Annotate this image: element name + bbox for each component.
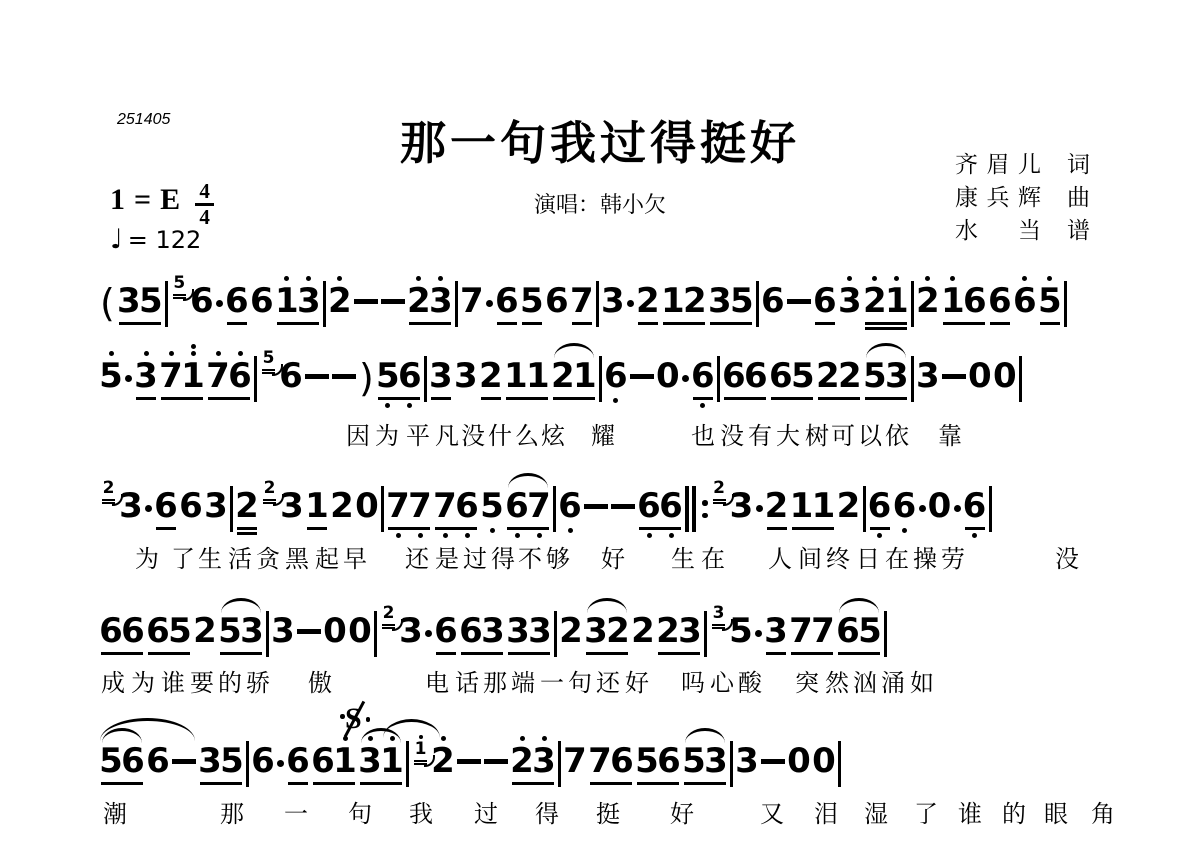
note: 6	[280, 343, 302, 408]
upper-dot-row	[837, 598, 881, 613]
note-digit: 6	[545, 283, 569, 320]
digit-cell: 6	[122, 743, 144, 780]
note-group: 66	[100, 598, 144, 668]
note: 3	[135, 343, 157, 413]
note-digit: 1	[275, 283, 299, 320]
lower-dot-row	[287, 785, 309, 798]
note-digit: 7	[408, 488, 432, 525]
lyric-syllable: 么	[515, 422, 539, 452]
digit-row: 0	[929, 488, 951, 525]
digit-cell: 1	[505, 358, 527, 395]
lyric-syllable: 还	[405, 545, 429, 575]
digit-cell: 3	[602, 283, 624, 320]
octave-dots	[465, 533, 470, 540]
note-digit: 2	[328, 283, 352, 320]
tempo-value: = 122	[128, 224, 202, 256]
note-digit: 6	[146, 613, 170, 650]
digit-row: 65	[770, 358, 814, 395]
lyric-syllable: 在	[701, 545, 725, 575]
note-digit: 5	[218, 613, 242, 650]
repeat-bar	[692, 486, 696, 532]
digit-cell: 1	[791, 488, 813, 525]
octave-dot	[902, 528, 907, 533]
note: 6	[287, 728, 309, 798]
digit-cell: 5	[1039, 283, 1061, 320]
note-group: 23	[408, 268, 452, 338]
note: 5	[100, 343, 122, 408]
digit-cell: 6	[435, 613, 457, 650]
note-digit: 6	[836, 613, 860, 650]
lower-dot-row	[434, 530, 478, 543]
digit-cell: 1	[182, 358, 204, 395]
note-digit: 3	[735, 743, 759, 780]
lower-dot-row	[147, 780, 169, 793]
digit-row: 77	[790, 613, 834, 650]
digit-cell: 5	[377, 358, 399, 395]
digit-cell: 1	[813, 488, 835, 525]
grace-note: 2	[380, 605, 397, 629]
digit-row: 35	[118, 283, 162, 320]
note-digit: 6	[279, 358, 303, 395]
lower-dot-row	[814, 325, 836, 338]
octave-dot	[877, 533, 882, 538]
credit-role: 词	[1067, 150, 1090, 180]
note-digit: 6	[659, 488, 683, 525]
lower-dot-row	[605, 395, 627, 408]
digit-cell: 6	[546, 283, 568, 320]
lyric-syllable: 终	[826, 545, 850, 575]
note-digit: 3	[240, 613, 264, 650]
note: 3	[205, 473, 227, 538]
lower-dot-row	[723, 400, 767, 413]
digit-cell: 6	[506, 488, 528, 525]
barline	[884, 611, 887, 657]
octave-dot	[568, 528, 573, 533]
grace-note: 3	[710, 605, 727, 629]
digit-cell: 6	[229, 358, 251, 395]
barline	[406, 741, 409, 787]
digit-cell: 0	[324, 613, 346, 650]
digit-cell: 6	[180, 488, 202, 525]
digit-cell: 1	[334, 743, 356, 780]
barline	[266, 611, 269, 657]
note: 3	[430, 343, 452, 413]
note-digit: 6	[121, 613, 145, 650]
lower-dot-row	[817, 400, 861, 413]
note-digit: 1	[790, 488, 814, 525]
note-digit: 5	[730, 283, 754, 320]
note-group: 21	[864, 268, 908, 343]
sheet-music-page: 251405 那一句我过得挺好 演唱：韩小欠 齐眉儿 词 康兵辉 曲 水当 谱 …	[0, 0, 1200, 850]
lower-dot-row	[559, 525, 581, 538]
note-group: 66	[638, 473, 682, 543]
octave-dot	[537, 533, 542, 538]
octave-dots	[443, 533, 448, 540]
lower-dot-row	[226, 325, 248, 338]
lower-dot-cell	[605, 398, 627, 405]
lyric-syllable: 早	[343, 545, 367, 575]
note: 5	[1039, 268, 1061, 338]
digit-cell: 2	[684, 283, 706, 320]
note-digit: 5	[1038, 283, 1062, 320]
digit-cell: 7	[160, 358, 182, 395]
lyric-syllable: 突	[795, 669, 819, 699]
digit-cell: 1	[886, 283, 908, 320]
digit-cell: 6	[964, 488, 986, 525]
note: 2	[236, 473, 258, 548]
note-digit: 2	[606, 613, 630, 650]
lower-dot-row	[331, 525, 353, 538]
note-digit: 3	[429, 283, 453, 320]
octave-dot	[396, 533, 401, 538]
lyric-syllable: 过	[463, 545, 487, 575]
digit-cell: 5	[730, 613, 752, 650]
digit-row: 7	[571, 283, 593, 320]
lower-dot-row	[942, 325, 986, 338]
lower-dot-row	[1039, 325, 1061, 338]
lyric-syllable: 因	[346, 422, 370, 452]
segno-dot	[340, 714, 345, 719]
octave-dot	[465, 533, 470, 538]
note-digit: 2	[330, 488, 354, 525]
digit-cell: 3	[679, 613, 701, 650]
digit-row: 1	[306, 488, 328, 525]
digit-cell: 6	[745, 358, 767, 395]
note-digit: 2	[863, 283, 887, 320]
lower-dot-row	[207, 400, 251, 413]
digit-row: 5	[1039, 283, 1061, 320]
note-group: 21	[552, 343, 596, 413]
digit-cell: 2	[839, 358, 861, 395]
octave-dots	[515, 533, 520, 540]
digit-row: 23	[408, 283, 452, 320]
digit-cell: 2	[917, 283, 939, 320]
digit-row: 6	[989, 283, 1011, 320]
digit-row: 5	[100, 358, 122, 395]
note-digit: 6	[637, 488, 661, 525]
note-digit: 1	[573, 358, 597, 395]
digit-cell: 6	[1014, 283, 1036, 320]
note-digit: 2	[683, 283, 707, 320]
note-group: 65	[770, 343, 814, 413]
digit-cell: 6	[692, 358, 714, 395]
digit-cell: 2	[864, 283, 886, 320]
digit-cell: 2	[766, 488, 788, 525]
lyrics-line-2: 为了生活贪黑起早还是过得不够好生在人间终日在操劳没	[0, 545, 1200, 577]
note-digit: 3	[764, 613, 788, 650]
digit-cell: 3	[917, 358, 939, 395]
note-group: 12	[662, 268, 706, 338]
note: 1	[306, 473, 328, 543]
digit-row: 7	[461, 283, 483, 320]
digit-row: 0	[356, 488, 378, 525]
note-group: 35	[199, 728, 243, 798]
score-line-1: (355666132237656732123566321216665	[100, 268, 1110, 343]
tempo-marking: ♩ = 122	[110, 224, 201, 256]
digit-row: 23	[511, 743, 555, 780]
credit-name: 康兵辉	[955, 183, 1041, 213]
lower-dot-row	[683, 785, 727, 798]
lower-dot-row	[571, 325, 593, 338]
digit-row: 6	[559, 488, 581, 525]
lower-dot-cell	[559, 528, 581, 535]
note-digit: 6	[495, 283, 519, 320]
digit-cell: 7	[528, 488, 550, 525]
digit-row: 2	[480, 358, 502, 395]
note-digit: 5	[858, 613, 882, 650]
note: 0	[356, 473, 378, 538]
note: 2	[480, 343, 502, 413]
note-digit: 7	[527, 488, 551, 525]
note: 6	[964, 473, 986, 543]
digit-row: 76	[589, 743, 633, 780]
note: 0	[994, 343, 1016, 408]
lyric-syllable: 可	[831, 422, 855, 452]
lower-dot-row	[219, 655, 263, 668]
lower-dot-cell	[506, 533, 528, 540]
lower-dot-row	[199, 785, 243, 798]
note: 3	[400, 598, 422, 663]
digit-cell: 6	[155, 488, 177, 525]
score-line-2: 53717656)56332112160666652253300	[100, 343, 1110, 413]
lower-dot-row	[147, 655, 191, 668]
note: 3	[731, 473, 753, 538]
note: 0	[324, 598, 346, 663]
augmentation-dot	[919, 505, 926, 512]
lyric-syllable: 也	[691, 422, 715, 452]
note: 0	[813, 728, 835, 793]
barline	[730, 741, 733, 787]
duration-dash	[787, 299, 811, 304]
note-digit: 2	[559, 613, 583, 650]
digit-row: 6	[869, 488, 891, 525]
barline	[230, 486, 233, 532]
note-digit: 6	[744, 358, 768, 395]
lower-dot-row	[281, 525, 303, 538]
lower-dot-row	[480, 400, 502, 413]
digit-row: 11	[791, 488, 835, 525]
grace-note: 5	[171, 275, 188, 299]
digit-cell: 3	[736, 743, 758, 780]
digit-row: 63	[460, 613, 504, 650]
note-digit: 2	[636, 283, 660, 320]
note: 0	[657, 343, 679, 408]
digit-row: 3	[455, 358, 477, 395]
note-group: 56	[636, 728, 680, 798]
digit-cell: 6	[658, 743, 680, 780]
duration-dash	[381, 299, 405, 304]
lower-dot-row	[252, 780, 274, 793]
digit-cell: 2	[194, 613, 216, 650]
lower-dot-row	[969, 395, 991, 408]
digit-row: 2	[838, 488, 860, 525]
barline	[756, 281, 759, 327]
digit-cell: 3	[705, 743, 727, 780]
lower-dot-cell	[692, 403, 714, 410]
lower-dot-row	[770, 400, 814, 413]
digit-cell: 3	[709, 283, 731, 320]
score-line-3: 2366322312077765676662321126606	[100, 473, 1110, 548]
lyric-syllable: 又	[760, 800, 784, 830]
score-line-5: 5663566613112237765653300	[100, 728, 1110, 798]
lower-dot-row	[762, 320, 784, 333]
lyric-syllable: 然	[825, 669, 849, 699]
note-digit: 3	[678, 613, 702, 650]
lower-dot-row	[790, 655, 834, 668]
lower-dot-row	[324, 650, 346, 663]
digit-row: 6	[180, 488, 202, 525]
digit-cell: 2	[560, 613, 582, 650]
note-digit: 2	[656, 613, 680, 650]
lyric-syllable: 过	[474, 800, 498, 830]
lower-dot-cell	[660, 533, 682, 540]
digit-row: 0	[657, 358, 679, 395]
note-digit: 5	[99, 743, 123, 780]
lower-dot-row	[638, 530, 682, 543]
note: 6	[180, 473, 202, 538]
augmentation-dot	[425, 630, 432, 637]
digit-cell: 6	[147, 613, 169, 650]
lyric-syllable: 那	[220, 800, 244, 830]
digit-cell: 1	[574, 358, 596, 395]
note-group: 67	[506, 473, 550, 543]
grace-note: 1	[412, 735, 429, 765]
digit-row: 16	[942, 283, 986, 320]
barline	[374, 611, 377, 657]
note: 6	[251, 268, 273, 333]
note: 6	[191, 268, 213, 333]
lyric-syllable: 生	[671, 545, 695, 575]
digit-cell: 6	[251, 283, 273, 320]
lyric-syllable: 心	[710, 669, 734, 699]
lower-dot-row	[180, 525, 202, 538]
lyric-syllable: 成	[101, 669, 125, 699]
note-digit: 3	[117, 283, 141, 320]
octave-dots	[568, 528, 573, 535]
octave-dots	[647, 533, 652, 540]
digit-cell: 6	[122, 613, 144, 650]
note-digit: 5	[220, 743, 244, 780]
lower-dot-row	[589, 785, 633, 798]
digit-row: 3	[120, 488, 142, 525]
key-equals: =	[134, 182, 151, 218]
digit-cell: 6	[287, 743, 309, 780]
barline	[911, 356, 914, 402]
digit-row: 6	[964, 488, 986, 525]
note-group: 23	[657, 598, 701, 668]
lower-dot-row	[864, 400, 908, 413]
lower-dot-row	[432, 780, 454, 793]
digit-cell: 3	[529, 613, 551, 650]
octave-dot	[972, 533, 977, 538]
note-digit: 2	[631, 613, 655, 650]
note-digit: 7	[386, 488, 410, 525]
note: 7	[461, 268, 483, 333]
augmentation-dot	[277, 760, 284, 767]
digit-row: 2	[917, 283, 939, 320]
digit-row: 0	[969, 358, 991, 395]
note-digit: 3	[271, 613, 295, 650]
note: 6	[1014, 268, 1036, 333]
note: 3	[917, 343, 939, 408]
digit-cell: 2	[552, 358, 574, 395]
note: 6	[762, 268, 784, 333]
digit-row: 65	[147, 613, 191, 650]
lyric-syllable: 活	[228, 545, 252, 575]
digit-row: 71	[160, 358, 204, 395]
augmentation-dot	[125, 375, 132, 382]
note: 6	[252, 728, 274, 793]
note-digit: 6	[251, 743, 275, 780]
digit-row: 3	[272, 613, 294, 650]
digit-cell: 5	[100, 358, 122, 395]
digit-row: 66	[638, 488, 682, 525]
note-digit: 3	[358, 743, 382, 780]
lower-dot-row	[657, 395, 679, 408]
grace-note: 2	[711, 480, 728, 504]
lower-dot-row	[564, 780, 586, 793]
digit-row: 3	[430, 358, 452, 395]
augmentation-dot	[627, 300, 634, 307]
note-group: 65	[147, 598, 191, 668]
note-digit: 7	[159, 358, 183, 395]
lower-dot-row	[989, 325, 1011, 338]
digit-cell: 6	[605, 358, 627, 395]
lower-dot-row	[435, 655, 457, 668]
augmentation-dot	[755, 630, 762, 637]
digit-cell: 3	[533, 743, 555, 780]
lyric-syllable: 日	[856, 545, 880, 575]
lower-dot-row	[276, 325, 320, 338]
upper-dot-row	[552, 343, 596, 358]
lyric-syllable: 大	[776, 422, 800, 452]
note-digit: 6	[398, 358, 422, 395]
note-digit: 7	[588, 743, 612, 780]
digit-row: 56	[377, 358, 421, 395]
octave-dots	[669, 533, 674, 540]
digit-row: 77	[387, 488, 431, 525]
octave-dot	[700, 403, 705, 408]
digit-cell: 6	[460, 613, 482, 650]
barline	[424, 356, 427, 402]
octave-dots	[418, 533, 423, 540]
note-digit: 5	[480, 488, 504, 525]
note-digit: 3	[399, 613, 423, 650]
note-digit: 5	[99, 358, 123, 395]
lower-dot-row	[507, 655, 551, 668]
credit-role: 谱	[1067, 216, 1090, 246]
note: 2	[917, 268, 939, 333]
lyric-syllable: 凡	[435, 422, 459, 452]
note: 3	[272, 598, 294, 663]
lower-dot-row	[692, 400, 714, 413]
digit-row: 65	[837, 613, 881, 650]
note-digit: 0	[323, 613, 347, 650]
lyric-syllable: 湿	[864, 800, 888, 830]
lyric-syllable: 汹	[853, 669, 877, 699]
lyric-syllable: 句	[568, 669, 592, 699]
upper-dot-row	[683, 728, 727, 743]
digit-cell: 0	[788, 743, 810, 780]
augmentation-dot	[682, 375, 689, 382]
digit-cell: 5	[864, 358, 886, 395]
digit-row: 6	[894, 488, 916, 525]
note-group: 56	[377, 343, 421, 413]
octave-dot	[418, 533, 423, 538]
note-digit: 6	[558, 488, 582, 525]
digit-cell: 6	[399, 358, 421, 395]
note-digit: 0	[968, 358, 992, 395]
